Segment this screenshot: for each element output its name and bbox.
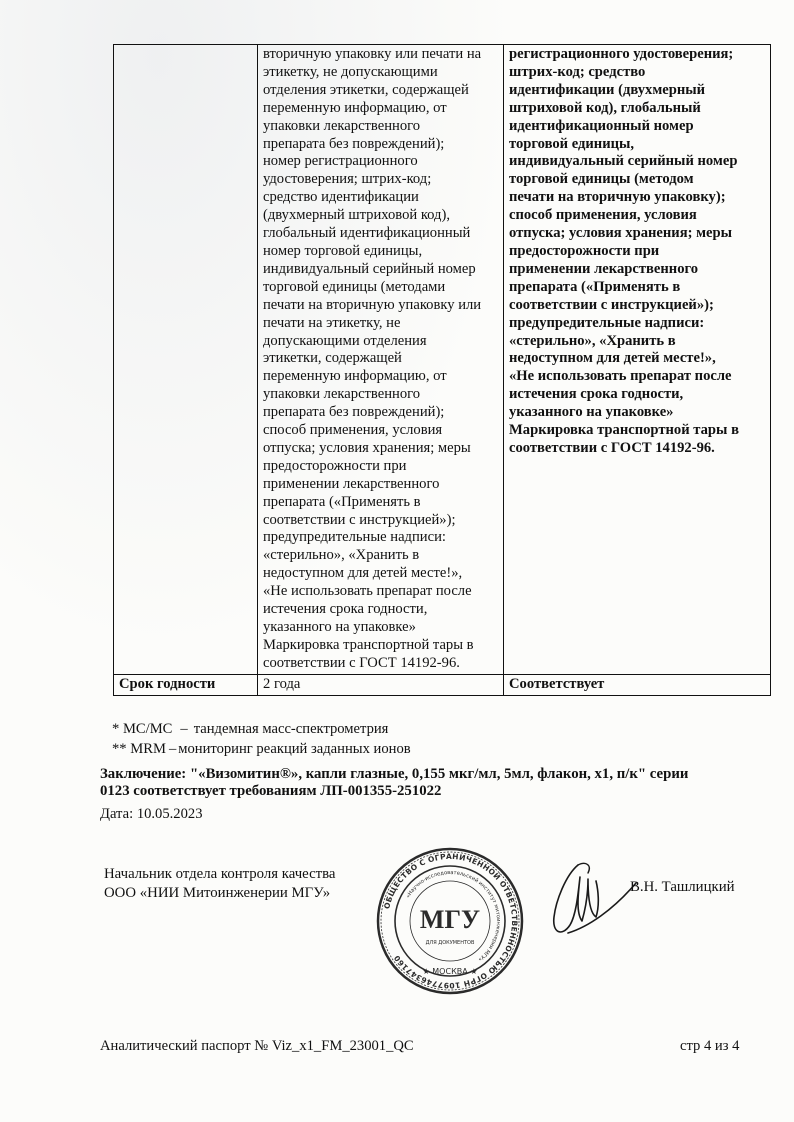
table-row-shelf-life: Срок годности 2 года Соответствует — [114, 674, 771, 695]
cell-text-line: удостоверения; штрих-код; — [263, 171, 499, 189]
cell-text-line: способ применения, условия — [263, 422, 499, 440]
cell-text-line: препарата без повреждений); — [263, 136, 499, 154]
cell-text-line: номер регистрационного — [263, 153, 499, 171]
cell-text-line: печати на этикетку, не — [263, 315, 499, 333]
cell-text-line: препарата («Применять в — [509, 279, 766, 297]
cell-text-line: «стерильно», «Хранить в — [263, 547, 499, 565]
cell-text-line: этикетку, не допускающими — [263, 64, 499, 82]
footnote-text: тандемная масс-спектрометрия — [194, 721, 389, 737]
cell-text-line: переменную информацию, от — [263, 368, 499, 386]
footnote-dash: – — [180, 721, 187, 737]
conclusion-label: Заключение: — [100, 766, 186, 782]
footnote-msms: * МС/МС–тандемная масс-спектрометрия — [112, 719, 411, 739]
cell-text-line: «стерильно», «Хранить в — [509, 333, 766, 351]
svg-text:★ МОСКВА ★: ★ МОСКВА ★ — [423, 967, 478, 976]
footnotes: * МС/МС–тандемная масс-спектрометрия ** … — [112, 719, 411, 759]
cell-text-line: «Не использовать препарат после — [509, 368, 766, 386]
cell-text-line: предосторожности при — [263, 458, 499, 476]
cell-text-line: истечения срока годности, — [263, 601, 499, 619]
cell-text-line: предупредительные надписи: — [509, 315, 766, 333]
cell-text-line: недоступном для детей месте!», — [509, 350, 766, 368]
signer-position: Начальник отдела контроля качества ООО «… — [104, 865, 335, 903]
date-line: Дата: 10.05.2023 — [100, 806, 202, 823]
cell-text-line: Маркировка транспортной тары в — [263, 637, 499, 655]
cell-text-line: указанного на упаковке» — [263, 619, 499, 637]
cell-text-line: идентификационный номер — [509, 118, 766, 136]
cell-text-line: Маркировка транспортной тары в — [509, 422, 766, 440]
table-row-continuation: вторичную упаковку или печати наэтикетку… — [114, 45, 771, 675]
cell-text-line: соответствии с ГОСТ 14192-96. — [509, 440, 766, 458]
cell-text-line: допускающими отделения — [263, 333, 499, 351]
conclusion-text-line1: "«Визомитин®», капли глазные, 0,155 мкг/… — [190, 766, 688, 782]
cell-text-line: номер торговой единицы, — [263, 243, 499, 261]
cell-text-line: вторичную упаковку или печати на — [263, 46, 499, 64]
passport-number: Viz_x1_FM_23001_QC — [272, 1038, 414, 1054]
cell-text-line: недоступном для детей месте!», — [263, 565, 499, 583]
page-number: стр 4 из 4 — [680, 1038, 739, 1055]
parameter-cell — [114, 45, 258, 675]
footnote-mrm: ** MRM–мониторинг реакций заданных ионов — [112, 739, 411, 759]
cell-text-line: отпуска; условия хранения; меры — [263, 440, 499, 458]
cell-text-line: предосторожности при — [509, 243, 766, 261]
specification-table: вторичную упаковку или печати наэтикетку… — [113, 44, 771, 696]
cell-text-line: соответствии с ГОСТ 14192-96. — [263, 655, 499, 673]
cell-text-line: торговой единицы, — [509, 136, 766, 154]
passport-label: Аналитический паспорт № — [100, 1038, 268, 1054]
cell-text-line: (двухмерный штриховой код), — [263, 207, 499, 225]
official-stamp-icon: ОБЩЕСТВО С ОГРАНИЧЕННОЙ ОТВЕТСТВЕННОСТЬЮ… — [375, 846, 525, 996]
cell-text-line: указанного на упаковке» — [509, 404, 766, 422]
footnote-mark: ** MRM — [112, 741, 166, 757]
cell-text-line: упаковки лекарственного — [263, 118, 499, 136]
cell-text-line: переменную информацию, от — [263, 100, 499, 118]
cell-text-line: печати на вторичную упаковку); — [509, 189, 766, 207]
footnote-dash: – — [169, 741, 176, 757]
cell-text-line: индивидуальный серийный номер — [263, 261, 499, 279]
cell-text-line: отделения этикетки, содержащей — [263, 82, 499, 100]
cell-text-line: торговой единицы (методом — [509, 171, 766, 189]
cell-text-line: соответствии с инструкцией»); — [509, 297, 766, 315]
cell-text-line: печати на вторичную упаковку или — [263, 297, 499, 315]
cell-text-line: упаковки лекарственного — [263, 386, 499, 404]
cell-text-line: индивидуальный серийный номер — [509, 153, 766, 171]
cell-text-line: этикетки, содержащей — [263, 350, 499, 368]
signer-position-title: Начальник отдела контроля качества — [104, 865, 335, 884]
handwritten-signature-icon — [548, 855, 638, 945]
signer-organization: ООО «НИИ Митоинженерии МГУ» — [104, 884, 335, 903]
cell-text-line: штрих-код; средство — [509, 64, 766, 82]
svg-text:МГУ: МГУ — [420, 905, 480, 934]
conclusion: Заключение: "«Визомитин®», капли глазные… — [100, 766, 780, 800]
footnote-mark: * МС/МС — [112, 721, 172, 737]
cell-text-line: регистрационного удостоверения; — [509, 46, 766, 64]
signer-name: В.Н. Ташлицкий — [630, 879, 735, 896]
cell-text-line: торговой единицы (методами — [263, 279, 499, 297]
result-cell-shelf-life: Соответствует — [504, 674, 771, 695]
cell-text-line: соответствии с инструкцией»); — [263, 512, 499, 530]
cell-text-line: отпуска; условия хранения; меры — [509, 225, 766, 243]
cell-text-line: штриховой код), глобальный — [509, 100, 766, 118]
date-label: Дата: — [100, 806, 133, 822]
result-cell: регистрационного удостоверения;штрих-код… — [504, 45, 771, 675]
footer-passport: Аналитический паспорт № Viz_x1_FM_23001_… — [100, 1038, 414, 1055]
cell-text-line: применении лекарственного — [263, 476, 499, 494]
requirement-cell-shelf-life: 2 года — [258, 674, 504, 695]
cell-text-line: средство идентификации — [263, 189, 499, 207]
parameter-cell-shelf-life: Срок годности — [114, 674, 258, 695]
cell-text-line: «Не использовать препарат после — [263, 583, 499, 601]
footnote-text: мониторинг реакций заданных ионов — [178, 741, 410, 757]
cell-text-line: истечения срока годности, — [509, 386, 766, 404]
requirement-cell: вторичную упаковку или печати наэтикетку… — [258, 45, 504, 675]
svg-text:ДЛЯ ДОКУМЕНТОВ: ДЛЯ ДОКУМЕНТОВ — [426, 940, 475, 946]
cell-text-line: предупредительные надписи: — [263, 529, 499, 547]
cell-text-line: применении лекарственного — [509, 261, 766, 279]
conclusion-text-line2: 0123 соответствует требованиям ЛП-001355… — [100, 783, 780, 800]
cell-text-line: идентификации (двухмерный — [509, 82, 766, 100]
cell-text-line: способ применения, условия — [509, 207, 766, 225]
date-value: 10.05.2023 — [137, 806, 203, 822]
cell-text-line: препарата («Применять в — [263, 494, 499, 512]
cell-text-line: препарата без повреждений); — [263, 404, 499, 422]
cell-text-line: глобальный идентификационный — [263, 225, 499, 243]
